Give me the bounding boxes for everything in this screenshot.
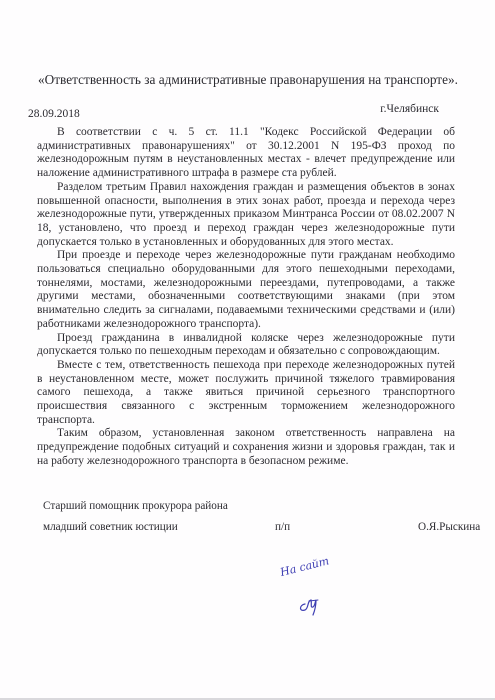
document-page: «Ответственность за административные пра… xyxy=(0,0,495,700)
paragraph: В соответствии с ч. 5 ст. 11.1 "Кодекс Р… xyxy=(37,126,455,181)
paragraph: При проезде и переходе через железнодоро… xyxy=(37,249,455,331)
paragraph: Таким образом, установленная законом отв… xyxy=(37,427,455,468)
document-body: В соответствии с ч. 5 ст. 11.1 "Кодекс Р… xyxy=(37,126,455,469)
document-date: 28.09.2018 xyxy=(28,108,80,120)
signed-mark: п/п xyxy=(275,521,290,533)
document-city: г.Челябинск xyxy=(380,103,439,115)
paragraph: Проезд гражданина в инвалидной коляске ч… xyxy=(37,332,455,359)
signatory-name: О.Я.Рыскина xyxy=(418,521,480,533)
paragraph: Разделом третьим Правил нахождения гражд… xyxy=(37,181,455,250)
handwritten-note: На сайт xyxy=(279,554,331,579)
signatory-position: Старший помощник прокурора района xyxy=(43,500,228,512)
signatory-rank: младший советник юстиции xyxy=(43,521,178,533)
document-title: «Ответственность за административные пра… xyxy=(38,72,458,88)
paragraph: Вместе с тем, ответственность пешехода п… xyxy=(37,359,455,428)
handwritten-signature-icon xyxy=(297,588,323,616)
